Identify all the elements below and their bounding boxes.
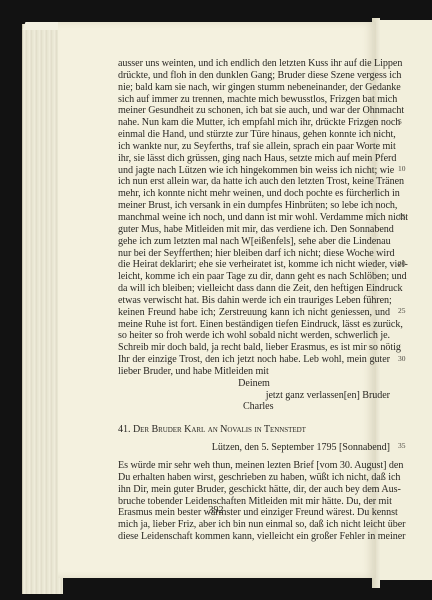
text-line: sich auf immer zu trennen, machte mich b… [118,94,390,106]
text-line: diese Leidenschaft kommen kann, vielleic… [118,531,390,543]
dateline: Lützen, den 5. September 1795 [Sonnabend… [118,442,390,454]
text-line: so heiter so froh werde ich wohl sobald … [118,330,390,342]
line-number: 15 [398,212,406,221]
line-number: 20 [398,259,406,268]
letter-continuation: ausser uns weinten, und ich endlich den … [118,58,390,378]
text-line: Es würde mir sehr weh thun, meinen lezte… [118,460,390,472]
text-line: meiner Brust, ich versank in ein dumpfes… [118,200,390,212]
text-line: leicht, komme ich ein paar Tage zu dir, … [118,271,390,283]
text-line: ihr, sie lässt dich grüssen, ging nach H… [118,153,390,165]
text-line: die Heirat deklarirt; ehe sie verheirate… [118,259,390,271]
text-line: ausser uns weinten, und ich endlich den … [118,58,390,70]
text-line: etwas verwischt hat. Bis dahin werde ich… [118,295,390,307]
text-line: Ihr der einzige Trost, den ich jetzt noc… [118,354,390,366]
text-line: einmal die Hand, und stürzte zur Türe hi… [118,129,390,141]
closing-line: jetzt ganz verlassen[en] Bruder [118,390,390,402]
page-number: 392 [0,505,432,516]
line-number: 35 [398,441,406,450]
text-line: da will ich bleiben; vielleicht dass dan… [118,283,390,295]
line-number: 30 [398,354,406,363]
text-line: nahe. Nun kam die Mutter, ich empfahl mi… [118,117,390,129]
text-line: ich nun erst allein war, da hatte ich au… [118,176,390,188]
text-line: mich ja, lieber Friz, aber ich bin nun e… [118,519,390,531]
text-line: meiner Gesundheit zu schonen, ich bat si… [118,105,390,117]
letter-closing: Deinem jetzt ganz verlassen[en] Bruder C… [118,378,390,414]
text-line: nur bei der Seyfferthen; hier bleiben da… [118,248,390,260]
text-line: manchmal weine ich noch, und dann ist mi… [118,212,390,224]
signature: Charles [118,401,390,413]
text-line: meine Ruhe ist fort. Einen beständigen t… [118,319,390,331]
closing-salutation: Deinem [118,378,390,390]
line-number: 10 [398,164,406,173]
text-line: lieber Bruder, und habe Mitleiden mit [118,366,390,378]
text-line: ihn Dir, mein guter Bruder, geschickt hä… [118,484,390,496]
text-line: ich wankte nur, zu Seyferths, traf sie a… [118,141,390,153]
text-line: und jagte nach Lützen wie ich hingekomme… [118,165,390,177]
text-line: guter Mus, habe Mitleiden mit mir, das v… [118,224,390,236]
text-line: Schreib mir doch bald, ja recht bald, li… [118,342,390,354]
line-number: 5 [398,117,402,126]
text-line: mehr, ich konnte nicht mehr weinen, und … [118,188,390,200]
page-stack-top [23,22,62,30]
text-line: Du erhalten haben wirst, geschrieben zu … [118,472,390,484]
text-line: gehe ich zum letzten mal nach W[eißenfel… [118,236,390,248]
letter-body: Es würde mir sehr weh thun, meinen lezte… [118,460,390,543]
line-number: 25 [398,306,406,315]
text-line: keinen Freund habe ich; Zerstreuung kann… [118,307,390,319]
text-line: nie; bald kam sie nach, wir gingen stumm… [118,82,390,94]
text-line: drückte, und floh in den dunklen Gang; B… [118,70,390,82]
letter-heading: 41. Der Bruder Karl an Novalis in Tennst… [118,424,390,436]
page-text-block: ausser uns weinten, und ich endlich den … [118,58,390,543]
